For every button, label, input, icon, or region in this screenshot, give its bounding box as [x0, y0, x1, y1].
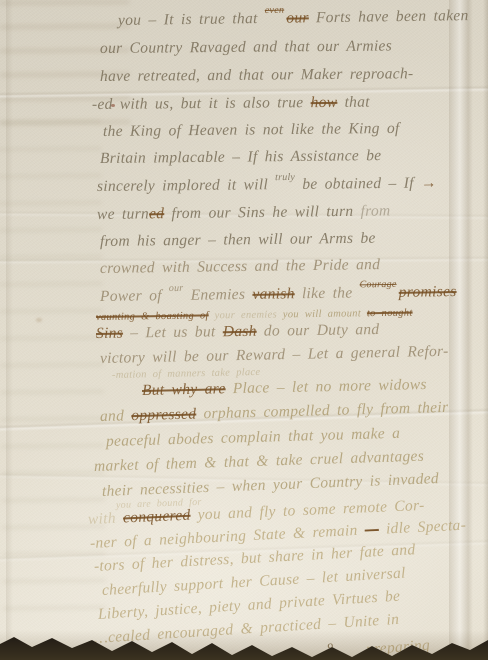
handwriting-line: our Country Ravaged and that our Armies — [100, 38, 392, 56]
handwriting-line: and oppressed orphans compelled to fly f… — [100, 400, 449, 425]
handwriting-line: have retreated, and that our Maker repro… — [100, 66, 414, 84]
handwriting-line: their necessities – when your Country is… — [102, 471, 440, 499]
handwriting-line: sincerely implored it will truly be obta… — [97, 175, 437, 194]
handwriting-line: But why are Place – let no more widows — [142, 377, 427, 398]
handwriting-line: Power of our Enemies vanish like the Cou… — [100, 284, 457, 304]
manuscript-scan: you – It is true that evenour Forts have… — [0, 0, 488, 660]
handwriting-line: you – It is true that evenour Forts have… — [118, 8, 469, 28]
handwriting-line: crowned with Success and the Pride and — [100, 257, 380, 276]
handwriting-line: victory will be our Reward – Let a gener… — [100, 344, 449, 367]
handwriting-line: market of them & that & take cruel advan… — [94, 449, 425, 475]
handwriting-line: from his anger – then will our Arms be — [100, 231, 376, 250]
manuscript-text: you – It is true that evenour Forts have… — [0, 0, 488, 660]
handwriting-line: Britain implacable – If his Assistance b… — [100, 148, 382, 166]
handwriting-line: -ed with us, but it is also true how tha… — [92, 95, 370, 113]
handwriting-line: we turned from our Sins he will turn fro… — [97, 203, 391, 222]
handwriting-line: Sins – Let us but Dash do our Duty and — [96, 322, 380, 341]
deckle-edge-shadow — [0, 630, 488, 660]
paper-sheet: you – It is true that evenour Forts have… — [0, 0, 488, 660]
handwriting-line: peaceful abodes complain that you make a — [106, 426, 401, 450]
handwriting-line: the King of Heaven is not like the King … — [103, 121, 400, 140]
